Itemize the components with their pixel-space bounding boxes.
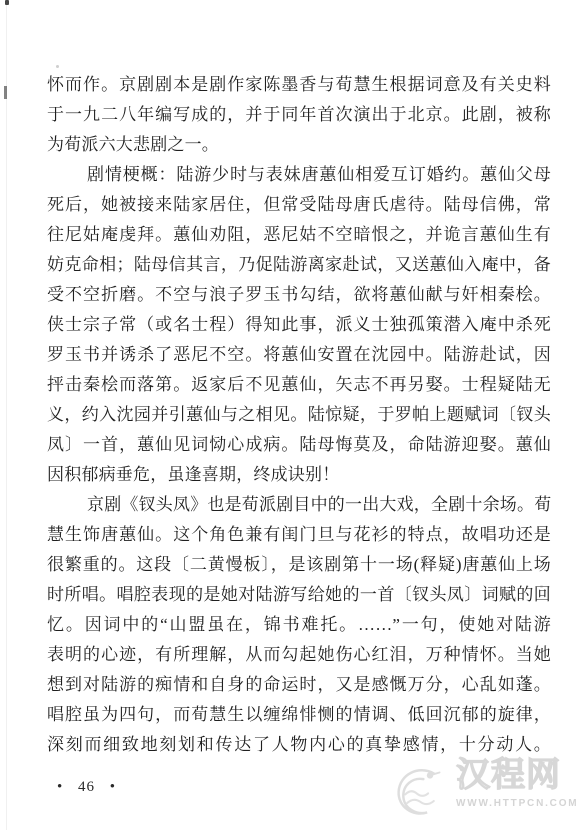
text-line: 往尼姑庵虔拜。蕙仙劝阻，恶尼姑不空暗恨之，并诡言蕙仙生有 (47, 220, 551, 250)
text-line: 于一九二八年编写成的，并于同年首次演出于北京。此剧，被称 (47, 100, 551, 130)
text-line: 侠士宗子常（或名士程）得知此事，派义士独孤策潜入庵中杀死 (47, 310, 551, 340)
text-line: 罗玉书并诱杀了恶尼不空。将蕙仙安置在沈园中。陆游赴试，因 (47, 340, 551, 370)
text-line: 凤〕一首，蕙仙见词恸心成病。陆母悔莫及，命陆游迎娶。蕙仙 (47, 430, 551, 460)
text-line: 抨击秦桧而落第。返家后不见蕙仙，矢志不再另娶。士程疑陆无 (47, 370, 551, 400)
text-line: 忆。因词中的“山盟虽在，锦书难托。……”一句，使她对陆游 (47, 610, 551, 640)
watermark-site-name: 汉程网 (456, 755, 561, 795)
text-line: 时所唱。唱腔表现的是她对陆游写给她的一首〔钗头凤〕词赋的回 (47, 580, 551, 610)
text-line: 剧情梗概：陆游少时与表妹唐蕙仙相爱互订婚约。蕙仙父母 (47, 160, 551, 190)
text-line: 怀而作。京剧剧本是剧作家陈墨香与荀慧生根据词意及有关史料 (47, 70, 551, 100)
text-line: 因积郁病垂危，虽逢喜期，终成诀别！ (47, 460, 551, 490)
text-line: 唱腔虽为四句，而荀慧生以缠绵悱恻的情调、低回沉郁的旋律， (47, 700, 551, 730)
text-line: 京剧《钗头凤》也是荀派剧目中的一出大戏，全剧十余场。荀 (47, 490, 551, 520)
text-line: 很繁重的。这段〔二黄慢板〕，是该剧第十一场(释疑)唐蕙仙上场 (47, 550, 551, 580)
text-line: 慧生饰唐蕙仙。这个角色兼有闺门旦与花衫的特点，故唱功还是 (47, 520, 551, 550)
watermark: 汉程网 WWW.HTTPCN.COM (390, 757, 582, 825)
scan-speck (56, 65, 59, 68)
scan-edge-line (6, 0, 7, 830)
body-text: 怀而作。京剧剧本是剧作家陈墨香与荀慧生根据词意及有关史料于一九二八年编写成的，并… (47, 70, 551, 760)
watermark-site-url: WWW.HTTPCN.COM (456, 798, 578, 809)
text-line: 为荀派六大悲剧之一。 (47, 130, 551, 160)
scan-speck (5, 0, 9, 5)
text-line: 死后，她被接来陆家居住，但常受陆母唐氏虐待。陆母信佛，常 (47, 190, 551, 220)
text-line: 受不空折磨。不空与浪子罗玉书勾结，欲将蕙仙献与奸相秦桧。 (47, 280, 551, 310)
page-number: • 46 • (57, 779, 116, 796)
text-line: 表明的心迹，有所理解，从而勾起她伤心红泪，万种情怀。当她 (47, 640, 551, 670)
book-page: 怀而作。京剧剧本是剧作家陈墨香与荀慧生根据词意及有关史料于一九二八年编写成的，并… (0, 0, 585, 830)
watermark-logo-icon (392, 763, 449, 820)
text-line: 妨克命相；陆母信其言，乃促陆游离家赴试，又送蕙仙入庵中，备 (47, 250, 551, 280)
text-line: 义，约入沈园并引蕙仙与之相见。陆惊疑，于罗帕上题赋词〔钗头 (47, 400, 551, 430)
text-line: 想到对陆游的痴情和自身的命运时，又是感慨万分，心乱如蓬。 (47, 670, 551, 700)
scan-speck (4, 86, 7, 99)
